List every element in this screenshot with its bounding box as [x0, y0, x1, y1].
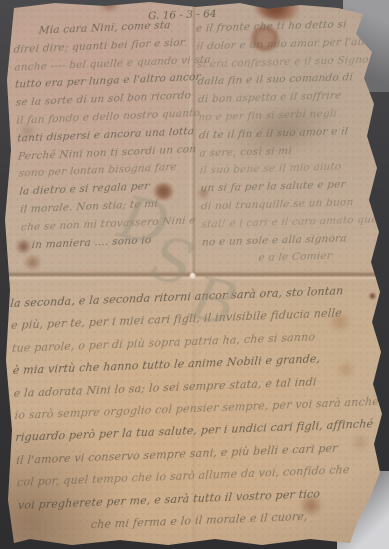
photo-backdrop: G. 16 - 3 - 64 Mia cara Nini, come sta d… — [0, 0, 389, 549]
letter-paper: G. 16 - 3 - 64 Mia cara Nini, come sta d… — [0, 0, 389, 549]
handwriting-line: e a le Comier — [202, 247, 389, 270]
age-stain — [23, 255, 42, 270]
handwriting-block-top-right: e il fronte che ti ho detto si il dolor … — [195, 15, 389, 269]
handwriting-block-top-left: Mia cara Nini, come sta direi dire; quan… — [11, 16, 201, 255]
age-stain — [96, 0, 123, 11]
